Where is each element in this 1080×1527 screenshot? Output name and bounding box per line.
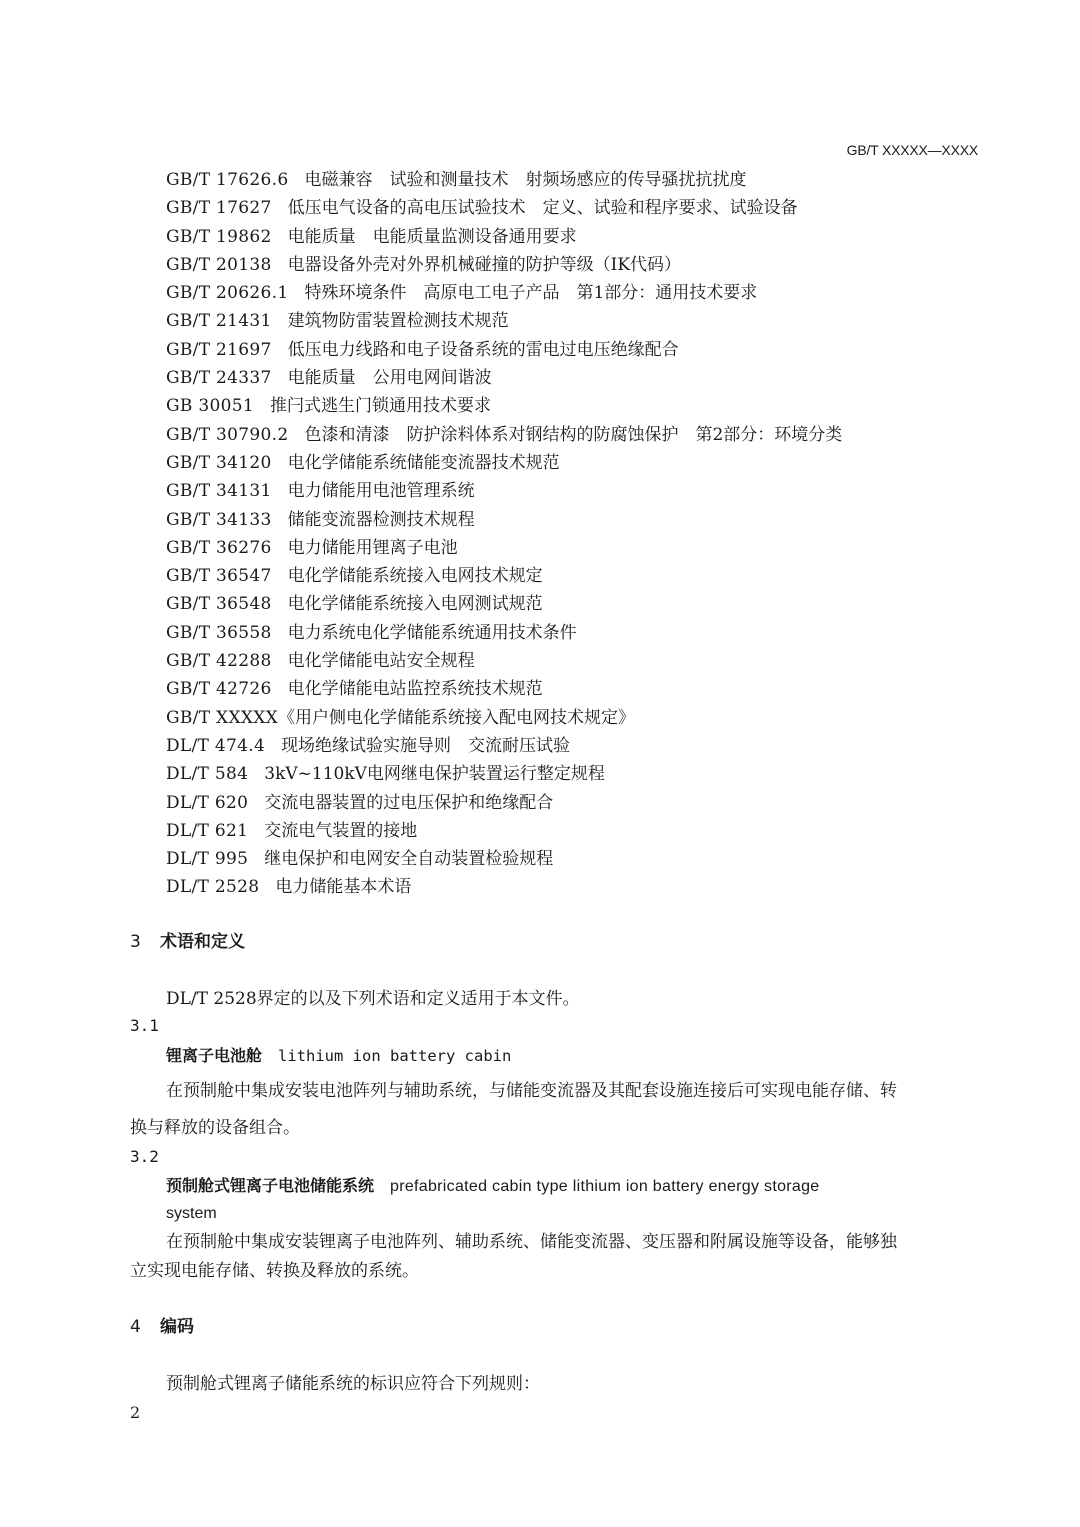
reference-code: GB/T 20138 — [166, 255, 272, 275]
reference-item: GB/T 17627低压电气设备的高电压试验技术 定义、试验和程序要求、试验设备 — [166, 198, 842, 226]
reference-item: GB/T 34131电力储能用电池管理系统 — [166, 481, 842, 509]
reference-title: 电力储能用电池管理系统 — [288, 481, 475, 501]
reference-code: GB/T 24337 — [166, 368, 272, 388]
term-en: prefabricated cabin type lithium ion bat… — [390, 1178, 820, 1195]
term-definition-line: 在预制舱中集成安装锂离子电池阵列、辅助系统、储能变流器、变压器和附属设施等设备，… — [166, 1234, 897, 1251]
term-definition-line: 立实现电能存储、转换及释放的系统。 — [130, 1263, 419, 1280]
reference-code: GB/T 30790.2 — [166, 425, 288, 445]
reference-item: GB/T 36276电力储能用锂离子电池 — [166, 538, 842, 566]
reference-title: 电力储能用锂离子电池 — [288, 538, 458, 558]
reference-title: 建筑物防雷装置检测技术规范 — [288, 311, 509, 331]
reference-title: 继电保护和电网安全自动装置检验规程 — [264, 849, 553, 869]
term-zh: 锂离子电池舱 — [166, 1046, 262, 1065]
reference-title: 特殊环境条件 高原电工电子产品 第1部分：通用技术要求 — [304, 283, 757, 303]
term-heading: 锂离子电池舱lithium ion battery cabin — [166, 1048, 511, 1065]
reference-title: 电化学储能电站安全规程 — [288, 651, 475, 671]
reference-title: 电化学储能电站监控系统技术规范 — [288, 679, 543, 699]
reference-code: GB/T 34120 — [166, 453, 272, 473]
section-title: 编码 — [160, 1317, 194, 1337]
reference-code: GB/T 21697 — [166, 340, 272, 360]
reference-code: GB/T 36276 — [166, 538, 272, 558]
term-zh: 预制舱式锂离子电池储能系统 — [166, 1176, 374, 1195]
page-number: 2 — [130, 1405, 140, 1421]
reference-code: DL/T 995 — [166, 849, 248, 869]
reference-item: GB/T 36558电力系统电化学储能系统通用技术条件 — [166, 623, 842, 651]
reference-title: 储能变流器检测技术规程 — [288, 510, 475, 530]
reference-item: GB/T 36548电化学储能系统接入电网测试规范 — [166, 594, 842, 622]
reference-item: GB/T 20138电器设备外壳对外界机械碰撞的防护等级（IK代码） — [166, 255, 842, 283]
reference-item: DL/T 621交流电气装置的接地 — [166, 821, 842, 849]
section-title: 术语和定义 — [160, 932, 245, 952]
reference-item: GB/T 42288电化学储能电站安全规程 — [166, 651, 842, 679]
reference-code: DL/T 584 — [166, 764, 248, 784]
term-number: 3.1 — [130, 1018, 159, 1034]
reference-code: GB 30051 — [166, 396, 254, 416]
section-3-intro: DL/T 2528界定的以及下列术语和定义适用于本文件。 — [166, 991, 580, 1008]
term-heading: 预制舱式锂离子电池储能系统prefabricated cabin type li… — [166, 1178, 820, 1195]
reference-item: GB/T 34120电化学储能系统储能变流器技术规范 — [166, 453, 842, 481]
term-number: 3.2 — [130, 1149, 159, 1165]
term-definition-line: 在预制舱中集成安装电池阵列与辅助系统，与储能变流器及其配套设施连接后可实现电能存… — [166, 1083, 897, 1100]
document-code-header: GB/T XXXXX—XXXX — [847, 143, 978, 157]
reference-title: 交流电气装置的接地 — [264, 821, 417, 841]
reference-title: 低压电气设备的高电压试验技术 定义、试验和程序要求、试验设备 — [288, 198, 798, 218]
reference-code: DL/T 474.4 — [166, 736, 265, 756]
reference-item: GB/T 24337电能质量 公用电网间谐波 — [166, 368, 842, 396]
term-definition-line: 换与释放的设备组合。 — [130, 1120, 300, 1137]
reference-item: GB/T 21697低压电力线路和电子设备系统的雷电过电压绝缘配合 — [166, 340, 842, 368]
reference-code: GB/T 34131 — [166, 481, 272, 501]
reference-title: 电化学储能系统接入电网技术规定 — [288, 566, 543, 586]
reference-code: GB/T 42726 — [166, 679, 272, 699]
section-number: 4 — [130, 1319, 160, 1336]
reference-title: 电化学储能系统接入电网测试规范 — [288, 594, 543, 614]
reference-title: 交流电器装置的过电压保护和绝缘配合 — [264, 793, 553, 813]
term-en: lithium ion battery cabin — [278, 1047, 511, 1065]
reference-item: GB/T 21431建筑物防雷装置检测技术规范 — [166, 311, 842, 339]
reference-code: DL/T 621 — [166, 821, 248, 841]
reference-code: GB/T 42288 — [166, 651, 272, 671]
reference-title: 电力储能基本术语 — [275, 877, 411, 897]
reference-title: 3kV~110kV电网继电保护装置运行整定规程 — [264, 764, 605, 784]
reference-title: 低压电力线路和电子设备系统的雷电过电压绝缘配合 — [288, 340, 679, 360]
reference-item: GB/T 30790.2色漆和清漆 防护涂料体系对钢结构的防腐蚀保护 第2部分：… — [166, 425, 842, 453]
reference-item: DL/T 5843kV~110kV电网继电保护装置运行整定规程 — [166, 764, 842, 792]
reference-item: GB/T 20626.1特殊环境条件 高原电工电子产品 第1部分：通用技术要求 — [166, 283, 842, 311]
reference-item: GB 30051推闩式逃生门锁通用技术要求 — [166, 396, 842, 424]
term-en-continued: system — [166, 1206, 217, 1222]
reference-item: GB/T XXXXX《用户侧电化学储能系统接入配电网技术规定》 — [166, 708, 842, 736]
section-4-intro: 预制舱式锂离子储能系统的标识应符合下列规则： — [166, 1376, 540, 1393]
normative-references-list: GB/T 17626.6电磁兼容 试验和测量技术 射频场感应的传导骚扰抗扰度GB… — [166, 170, 842, 906]
reference-item: GB/T 19862电能质量 电能质量监测设备通用要求 — [166, 227, 842, 255]
reference-code: GB/T 21431 — [166, 311, 272, 331]
reference-item: GB/T 42726电化学储能电站监控系统技术规范 — [166, 679, 842, 707]
reference-code: GB/T 17627 — [166, 198, 272, 218]
section-3-heading: 3术语和定义 — [130, 934, 245, 951]
reference-item: GB/T 36547电化学储能系统接入电网技术规定 — [166, 566, 842, 594]
reference-item: DL/T 474.4现场绝缘试验实施导则 交流耐压试验 — [166, 736, 842, 764]
reference-title: 电能质量 公用电网间谐波 — [288, 368, 492, 388]
reference-item: DL/T 2528电力储能基本术语 — [166, 877, 842, 905]
reference-item: GB/T 17626.6电磁兼容 试验和测量技术 射频场感应的传导骚扰抗扰度 — [166, 170, 842, 198]
reference-code: GB/T 19862 — [166, 227, 272, 247]
reference-item: DL/T 995继电保护和电网安全自动装置检验规程 — [166, 849, 842, 877]
reference-code: GB/T 36547 — [166, 566, 272, 586]
section-4-heading: 4编码 — [130, 1319, 194, 1336]
reference-code: DL/T 2528 — [166, 877, 259, 897]
reference-title: 电器设备外壳对外界机械碰撞的防护等级（IK代码） — [288, 255, 681, 275]
reference-code: GB/T 36548 — [166, 594, 272, 614]
reference-code: DL/T 620 — [166, 793, 248, 813]
section-number: 3 — [130, 934, 160, 951]
reference-item: GB/T 34133储能变流器检测技术规程 — [166, 510, 842, 538]
reference-code: GB/T 36558 — [166, 623, 272, 643]
reference-code: GB/T 34133 — [166, 510, 272, 530]
reference-title: 现场绝缘试验实施导则 交流耐压试验 — [281, 736, 570, 756]
reference-title: 推闩式逃生门锁通用技术要求 — [270, 396, 491, 416]
reference-code: GB/T 17626.6 — [166, 170, 288, 190]
reference-code: GB/T 20626.1 — [166, 283, 288, 303]
reference-title: 电力系统电化学储能系统通用技术条件 — [288, 623, 577, 643]
reference-title: 电化学储能系统储能变流器技术规范 — [288, 453, 560, 473]
reference-code: GB/T XXXXX — [166, 708, 278, 728]
reference-title: 电磁兼容 试验和测量技术 射频场感应的传导骚扰抗扰度 — [304, 170, 746, 190]
reference-title: 《用户侧电化学储能系统接入配电网技术规定》 — [278, 708, 635, 728]
reference-item: DL/T 620交流电器装置的过电压保护和绝缘配合 — [166, 793, 842, 821]
reference-title: 色漆和清漆 防护涂料体系对钢结构的防腐蚀保护 第2部分：环境分类 — [304, 425, 842, 445]
reference-title: 电能质量 电能质量监测设备通用要求 — [288, 227, 577, 247]
